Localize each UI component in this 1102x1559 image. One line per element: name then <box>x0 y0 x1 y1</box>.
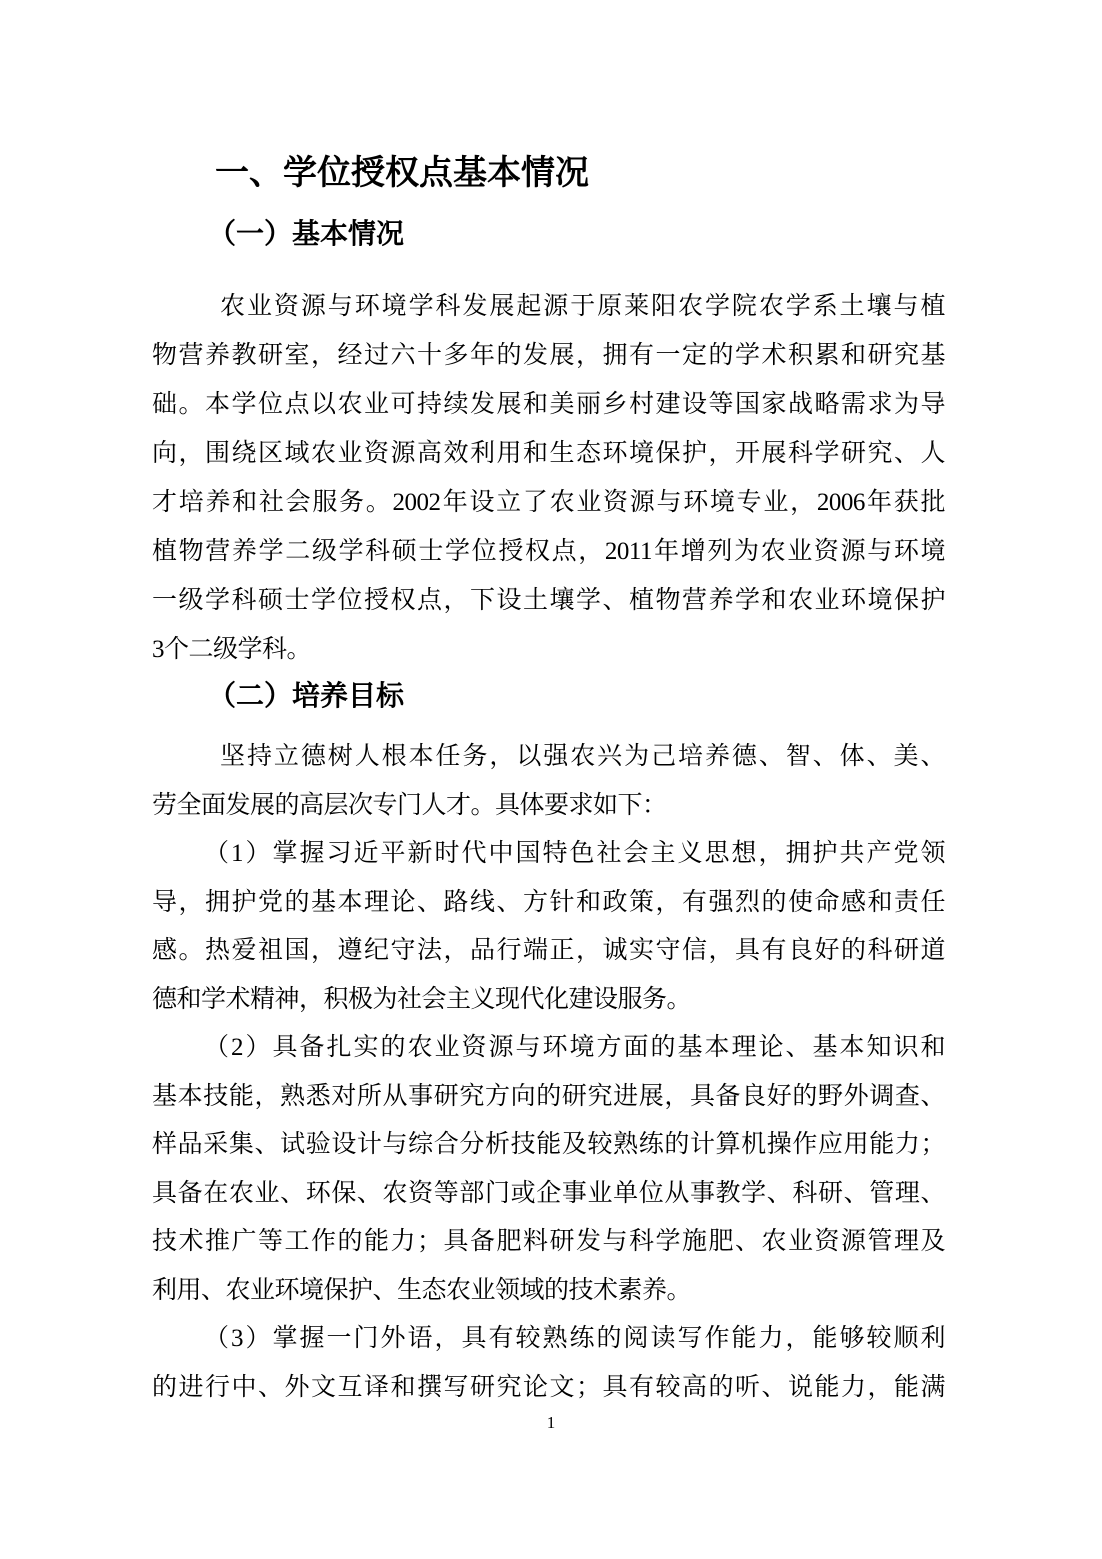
text-line: 才培养和社会服务。2002年设立了农业资源与环境专业，2006年获批 <box>152 478 945 527</box>
text-line: 德和学术精神，积极为社会主义现代化建设服务。 <box>152 976 945 1025</box>
text-line: 植物营养学二级学科硕士学位授权点，2011年增列为农业资源与环境 <box>152 527 945 576</box>
paragraph-training-goals-intro: 坚持立德树人根本任务，以强农兴为己培养德、智、体、美、 劳全面发展的高层次专门人… <box>152 733 945 830</box>
text-line: 劳全面发展的高层次专门人才。具体要求如下： <box>152 782 945 831</box>
page-number: 1 <box>0 1412 1102 1434</box>
paragraph-requirement-1: （1）掌握习近平新时代中国特色社会主义思想，拥护共产党领 导，拥护党的基本理论、… <box>152 830 945 1024</box>
text-line: 3个二级学科。 <box>152 625 945 674</box>
text-line: 导，拥护党的基本理论、路线、方针和政策，有强烈的使命感和责任 <box>152 879 945 928</box>
text-line: 向，围绕区域农业资源高效利用和生态环境保护，开展科学研究、人 <box>152 429 945 478</box>
text-line: 样品采集、试验设计与综合分析技能及较熟练的计算机操作应用能力； <box>152 1121 945 1170</box>
text-line: （3）掌握一门外语，具有较熟练的阅读写作能力，能够较顺利 <box>152 1315 945 1364</box>
text-line: 的进行中、外文互译和撰写研究论文；具有较高的听、说能力，能满 <box>152 1364 945 1413</box>
subsection-heading-basic-info: （一）基本情况 <box>152 215 945 253</box>
text-line: 坚持立德树人根本任务，以强农兴为己培养德、智、体、美、 <box>152 733 945 782</box>
subsection-heading-training-goals: （二）培养目标 <box>152 677 945 715</box>
document-content: 一、学位授权点基本情况 （一）基本情况 农业资源与环境学科发展起源于原莱阳农学院… <box>152 0 945 1412</box>
text-line: 利用、农业环境保护、生态农业领域的技术素养。 <box>152 1267 945 1316</box>
text-line: 基本技能，熟悉对所从事研究方向的研究进展，具备良好的野外调查、 <box>152 1073 945 1122</box>
text-line: 具备在农业、环保、农资等部门或企事业单位从事教学、科研、管理、 <box>152 1170 945 1219</box>
text-line: （2）具备扎实的农业资源与环境方面的基本理论、基本知识和 <box>152 1024 945 1073</box>
text-line: 感。热爱祖国，遵纪守法，品行端正，诚实守信，具有良好的科研道 <box>152 927 945 976</box>
text-line: 础。本学位点以农业可持续发展和美丽乡村建设等国家战略需求为导 <box>152 380 945 429</box>
document-page: 一、学位授权点基本情况 （一）基本情况 农业资源与环境学科发展起源于原莱阳农学院… <box>0 0 1102 1559</box>
text-line: （1）掌握习近平新时代中国特色社会主义思想，拥护共产党领 <box>152 830 945 879</box>
text-line: 物营养教研室，经过六十多年的发展，拥有一定的学术积累和研究基 <box>152 331 945 380</box>
paragraph-basic-info: 农业资源与环境学科发展起源于原莱阳农学院农学系土壤与植 物营养教研室，经过六十多… <box>152 282 945 674</box>
text-line: 一级学科硕士学位授权点，下设土壤学、植物营养学和农业环境保护 <box>152 576 945 625</box>
chapter-heading: 一、学位授权点基本情况 <box>152 151 945 195</box>
paragraph-requirement-3: （3）掌握一门外语，具有较熟练的阅读写作能力，能够较顺利 的进行中、外文互译和撰… <box>152 1315 945 1412</box>
paragraph-requirement-2: （2）具备扎实的农业资源与环境方面的基本理论、基本知识和 基本技能，熟悉对所从事… <box>152 1024 945 1315</box>
text-line: 农业资源与环境学科发展起源于原莱阳农学院农学系土壤与植 <box>152 282 945 331</box>
text-line: 技术推广等工作的能力；具备肥料研发与科学施肥、农业资源管理及 <box>152 1218 945 1267</box>
